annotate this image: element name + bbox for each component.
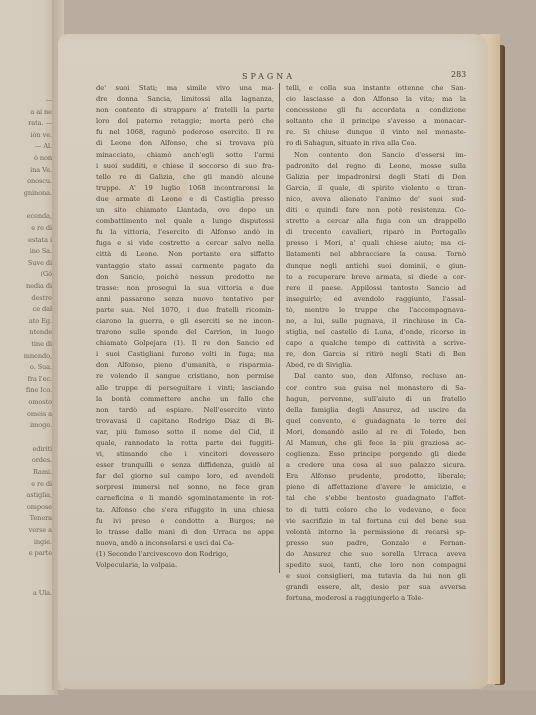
text-line: sorpresi immersi nel sonno, ne fece gran <box>96 482 274 493</box>
text-line: fu ivi preso e condotto a Burgos; ne <box>96 516 274 527</box>
text-line: quel convento, e guadagnata le terre dei <box>286 416 466 427</box>
text-line: quale, rannodato la rotta parte dei fugg… <box>96 438 274 449</box>
text-line: tal che s'ebbe bentosto guadagnato l'aff… <box>286 493 466 504</box>
text-line: padronito del regno di Leone, mosse sull… <box>286 161 466 172</box>
left-page-text-fragment: e parte <box>29 549 52 557</box>
left-page-text-fragment: Suve di <box>28 259 52 267</box>
text-line: vantaggio stato assai carmente pagato da <box>96 261 274 272</box>
footnote: (1) Secondo l'arcivescovo don Rodrigo,Vo… <box>96 549 274 571</box>
left-page-text-fragment: ordes. <box>32 456 52 464</box>
text-line: grandi essere, alt, desio per sua avvers… <box>286 582 466 593</box>
footnote-line: (1) Secondo l'arcivescovo don Rodrigo, <box>96 549 274 560</box>
left-page-text-fragment: ino Sa. <box>30 247 52 255</box>
text-line: di Leone don Alfonso, che si trovava più <box>96 138 274 149</box>
text-line: i suoi Castigliani furono volti in fuga;… <box>96 349 274 360</box>
left-page-text-fragment: destre <box>31 294 52 302</box>
left-page-text-fragment: (Gó <box>40 270 52 278</box>
text-line: vi, stimando che i vincitori dovessero <box>96 449 274 460</box>
text-line: far del giorno sul campo loro, ed avendo… <box>96 471 274 482</box>
text-line: dunque negli antichi suoi dominii, e giu… <box>286 261 466 272</box>
text-line: var, più famoso sotto il nome del Cid, i… <box>96 427 274 438</box>
footnote-line: Volpecularia, la volpaia. <box>96 560 274 571</box>
text-line: di trecento cavalieri, riparò in Portoga… <box>286 227 466 238</box>
text-line: trovavasi il capitano Rodrigo Diaz di Bi… <box>96 416 274 427</box>
text-line: fortuna, moderosi a raggiungerlo a Tole- <box>286 593 466 604</box>
text-line: nico, aveva alienato l'animo de' suoi su… <box>286 194 466 205</box>
left-page-text-fragment: ompose <box>27 503 52 511</box>
left-page-text-fragment: ecenda, <box>27 212 52 220</box>
left-page-text-fragment: rata. — <box>28 119 52 127</box>
text-line: a credere una cosa al suo palazzo sicura… <box>286 460 466 471</box>
left-page-text-fragment: nedia di <box>26 282 52 290</box>
text-line: telli, e colla sua instante ottenne che … <box>286 83 466 94</box>
left-page-text-fragment: ntende <box>29 328 52 336</box>
text-line: cor contro sua guisa nel monastero di Sa… <box>286 383 466 394</box>
text-line: e suoi consiglieri, ma tutavia da lui no… <box>286 571 466 582</box>
text-line: re volendo il sangue cristiano, non perm… <box>96 371 274 382</box>
text-line: presso i Mori, a' quali chiese aiuto; ma… <box>286 238 466 249</box>
text-line: fu la vittoria, l'esercito di Alfonso an… <box>96 227 274 238</box>
text-line: trarono sulle sponde del Carrion, in luo… <box>96 327 274 338</box>
left-page-text-fragment: onoscu. <box>27 177 52 185</box>
left-page-text-fragment: ingie. <box>34 538 52 546</box>
text-line: capo a qualche tempo di cattività a scri… <box>286 338 466 349</box>
text-line: ta. Alfonso che s'era rifuggito in una c… <box>96 505 274 516</box>
left-page-text-fragment: ina Ve. <box>30 166 52 174</box>
text-line: della famiglia degli Ansurez, ad uscire … <box>286 405 466 416</box>
left-page-text-fragment: mnendo, <box>24 352 52 360</box>
text-line: pieno di affettazione d'avere le amicizi… <box>286 482 466 493</box>
left-page-text-fragment: Rami. <box>33 468 52 476</box>
text-line: coglienza. Esso principe porgendo gli di… <box>286 449 466 460</box>
left-page-text-fragment: ato Eg. <box>29 317 52 325</box>
left-page-text-fragment: estata i <box>28 236 52 244</box>
text-line: fuga e si vide costretto a cercar salvo … <box>96 238 274 249</box>
text-line: Abed, re di Siviglia. <box>286 360 466 371</box>
text-line: concessione gli fu accordata a condizion… <box>286 105 466 116</box>
text-line: carneficina e li mandò sgominatamente in… <box>96 493 274 504</box>
left-page-text-fragment: fra l'ec. <box>28 375 52 383</box>
left-page-text-fragment: Tenera <box>30 514 52 522</box>
text-line: do Ansurez che suo sorella Urraca aveva <box>286 549 466 560</box>
left-page-text-fragment: ediriti <box>32 445 52 453</box>
text-line: don Sancio, poichè nessun prodotto ne <box>96 272 274 283</box>
text-line: tò, mentre le truppe che l'accompagnava- <box>286 305 466 316</box>
text-line: inseguirlo; ed avendolo raggiunto, l'ass… <box>286 294 466 305</box>
left-page-text-fragment: o. Sua. <box>30 363 52 371</box>
left-page-text-fragment: astiglia, <box>26 491 52 499</box>
text-line: spedito suoi, tanti, che loro non compag… <box>286 560 466 571</box>
text-line: Garcia, il quale, di spirito violento e … <box>286 183 466 194</box>
left-page-text-fragment: fine Ico. <box>26 386 52 394</box>
text-line: esser tranquilli e senza diffidenza, gui… <box>96 460 274 471</box>
left-page-text-fragment: e re di <box>31 480 52 488</box>
text-line: ciarono la guerra, e gli eserciti se ne … <box>96 316 274 327</box>
text-line: loro del paterno retaggio; morta però ch… <box>96 116 274 127</box>
text-line: lo trasse dalle mani di don Urraca ne ap… <box>96 527 274 538</box>
text-line: Non contento don Sancio d'essersi im- <box>286 150 466 161</box>
left-page-text-fragment: omosto <box>28 398 52 406</box>
text-line: to di tutti coloro che lo vedevano, e fe… <box>286 505 466 516</box>
page-number: 283 <box>451 70 466 79</box>
left-page-text-fragment: omeis a <box>27 410 52 418</box>
text-line: don Alfonso, pieno d'umanità, e risparmi… <box>96 360 274 371</box>
text-line: de' suoi Stati; ma simile vivo una ma- <box>96 83 274 94</box>
left-page-text-fragment: imoge. <box>30 421 52 429</box>
text-line: re. Si chiuse dunque il vinto nel monast… <box>286 127 466 138</box>
left-page-text-fragment: ò non <box>34 154 52 162</box>
text-line: combattimento nel quale a lungo disputos… <box>96 216 274 227</box>
table-surface <box>0 690 536 715</box>
text-column-left: de' suoi Stati; ma simile vivo una ma-dr… <box>96 83 274 549</box>
text-line: i suoi sudditi, e chiese il soccorso di … <box>96 161 274 172</box>
text-line: non contento di strappare a' fratelli la… <box>96 105 274 116</box>
text-line: truppe. A' 19 luglio 1068 incontraronsi … <box>96 183 274 194</box>
text-line: due armate di Leone e di Castiglia press… <box>96 194 274 205</box>
text-line: Mori, domandò asilo al re di Toledo, ben <box>286 427 466 438</box>
text-line: un sito chiamato Llantada, ove dopo un <box>96 205 274 216</box>
text-line: nuova, andò a inconsolarsi e uscì dai Ca… <box>96 538 274 549</box>
left-page-text-fragment: tine di <box>31 340 52 348</box>
left-page-text-fragment: gninona. <box>24 189 52 197</box>
text-line: re, don Garcia si ritirò negli Stati di … <box>286 349 466 360</box>
left-page-text-fragment: iòn ve. <box>31 131 52 139</box>
running-title: SPAGNA <box>242 72 295 81</box>
text-line: soltanto che il principe s'avesse a mona… <box>286 116 466 127</box>
text-column-right: telli, e colla sua instante ottenne che … <box>286 83 466 604</box>
text-line: parte sua. Nel 1070, i due fratelli rico… <box>96 305 274 316</box>
text-line: Galizia per impadronirsi degli Stati di … <box>286 172 466 183</box>
left-page-text-fragment: e re di <box>31 224 52 232</box>
text-line: alle truppe di perseguitare i vinti; las… <box>96 383 274 394</box>
text-line: no, a lui, sulle pugnava, il rinchiuse i… <box>286 316 466 327</box>
text-line: ro di Sahagun, situato in riva alla Cea. <box>286 138 466 149</box>
text-line: dre donna Sancia, limitossi alla lagnanz… <box>96 94 274 105</box>
text-line: stretto a cercar alla fuga con un drappe… <box>286 216 466 227</box>
text-line: volontà intorno la permissione di recars… <box>286 527 466 538</box>
text-line: rere il paese. Appilossi tantosto Sancio… <box>286 283 466 294</box>
left-page-text-fragment: a ai ne <box>30 108 52 116</box>
text-line: llatamenti nel abbracciare la causa. Tor… <box>286 249 466 260</box>
text-line: cio lasciasse a don Alfonso la vita; ma … <box>286 94 466 105</box>
text-line: Era Alfonso prudente, prodotto, liberale… <box>286 471 466 482</box>
text-line: minacciato, chiamò anch'egli sotto l'arm… <box>96 150 274 161</box>
text-line: la bontà commettere anche un fallo che <box>96 394 274 405</box>
left-page: — a ai nerata. —iòn ve.— Al.ò nonina Ve.… <box>0 0 58 695</box>
text-line: Al Mamun, che gli fece la più graziosa a… <box>286 438 466 449</box>
text-line: chiamato Golpejara (1). Il re don Sancio… <box>96 338 274 349</box>
text-line: diti e quindi fare non potè resistenza. … <box>286 205 466 216</box>
left-page-text-fragment: ce dal <box>33 305 52 313</box>
text-line: non tardò ad espiare. Nell'esercito vint… <box>96 405 274 416</box>
text-line: vie sacrifizio in tal fortuna cui del be… <box>286 516 466 527</box>
text-line: to a recuperare breve armata, si diede a… <box>286 272 466 283</box>
text-line: tello re di Galizia, che gli mandò alcun… <box>96 172 274 183</box>
text-line: stiglia, nel castello di Luna, d'onde, r… <box>286 327 466 338</box>
text-line: hagun, pervenne, sull'aiuto di un fratel… <box>286 394 466 405</box>
text-line: fu nel 1068, ragunò poderoso esercito. I… <box>96 127 274 138</box>
text-line: trasse: non proseguì la sua vittoria e d… <box>96 283 274 294</box>
text-line: città di Leone. Non portante era siffatt… <box>96 249 274 260</box>
column-rule <box>279 83 280 573</box>
text-line: Dal canto suo, don Alfonso, recluso an- <box>286 371 466 382</box>
left-page-text-fragment: a Ula. <box>33 589 52 597</box>
text-line: anni passarono senza nuovo tentativo per <box>96 294 274 305</box>
left-page-text-fragment: verse a <box>29 526 52 534</box>
text-line: presso suo padre, Gonzalo e Fernan- <box>286 538 466 549</box>
left-page-text-fragment: — Al. <box>35 142 52 150</box>
